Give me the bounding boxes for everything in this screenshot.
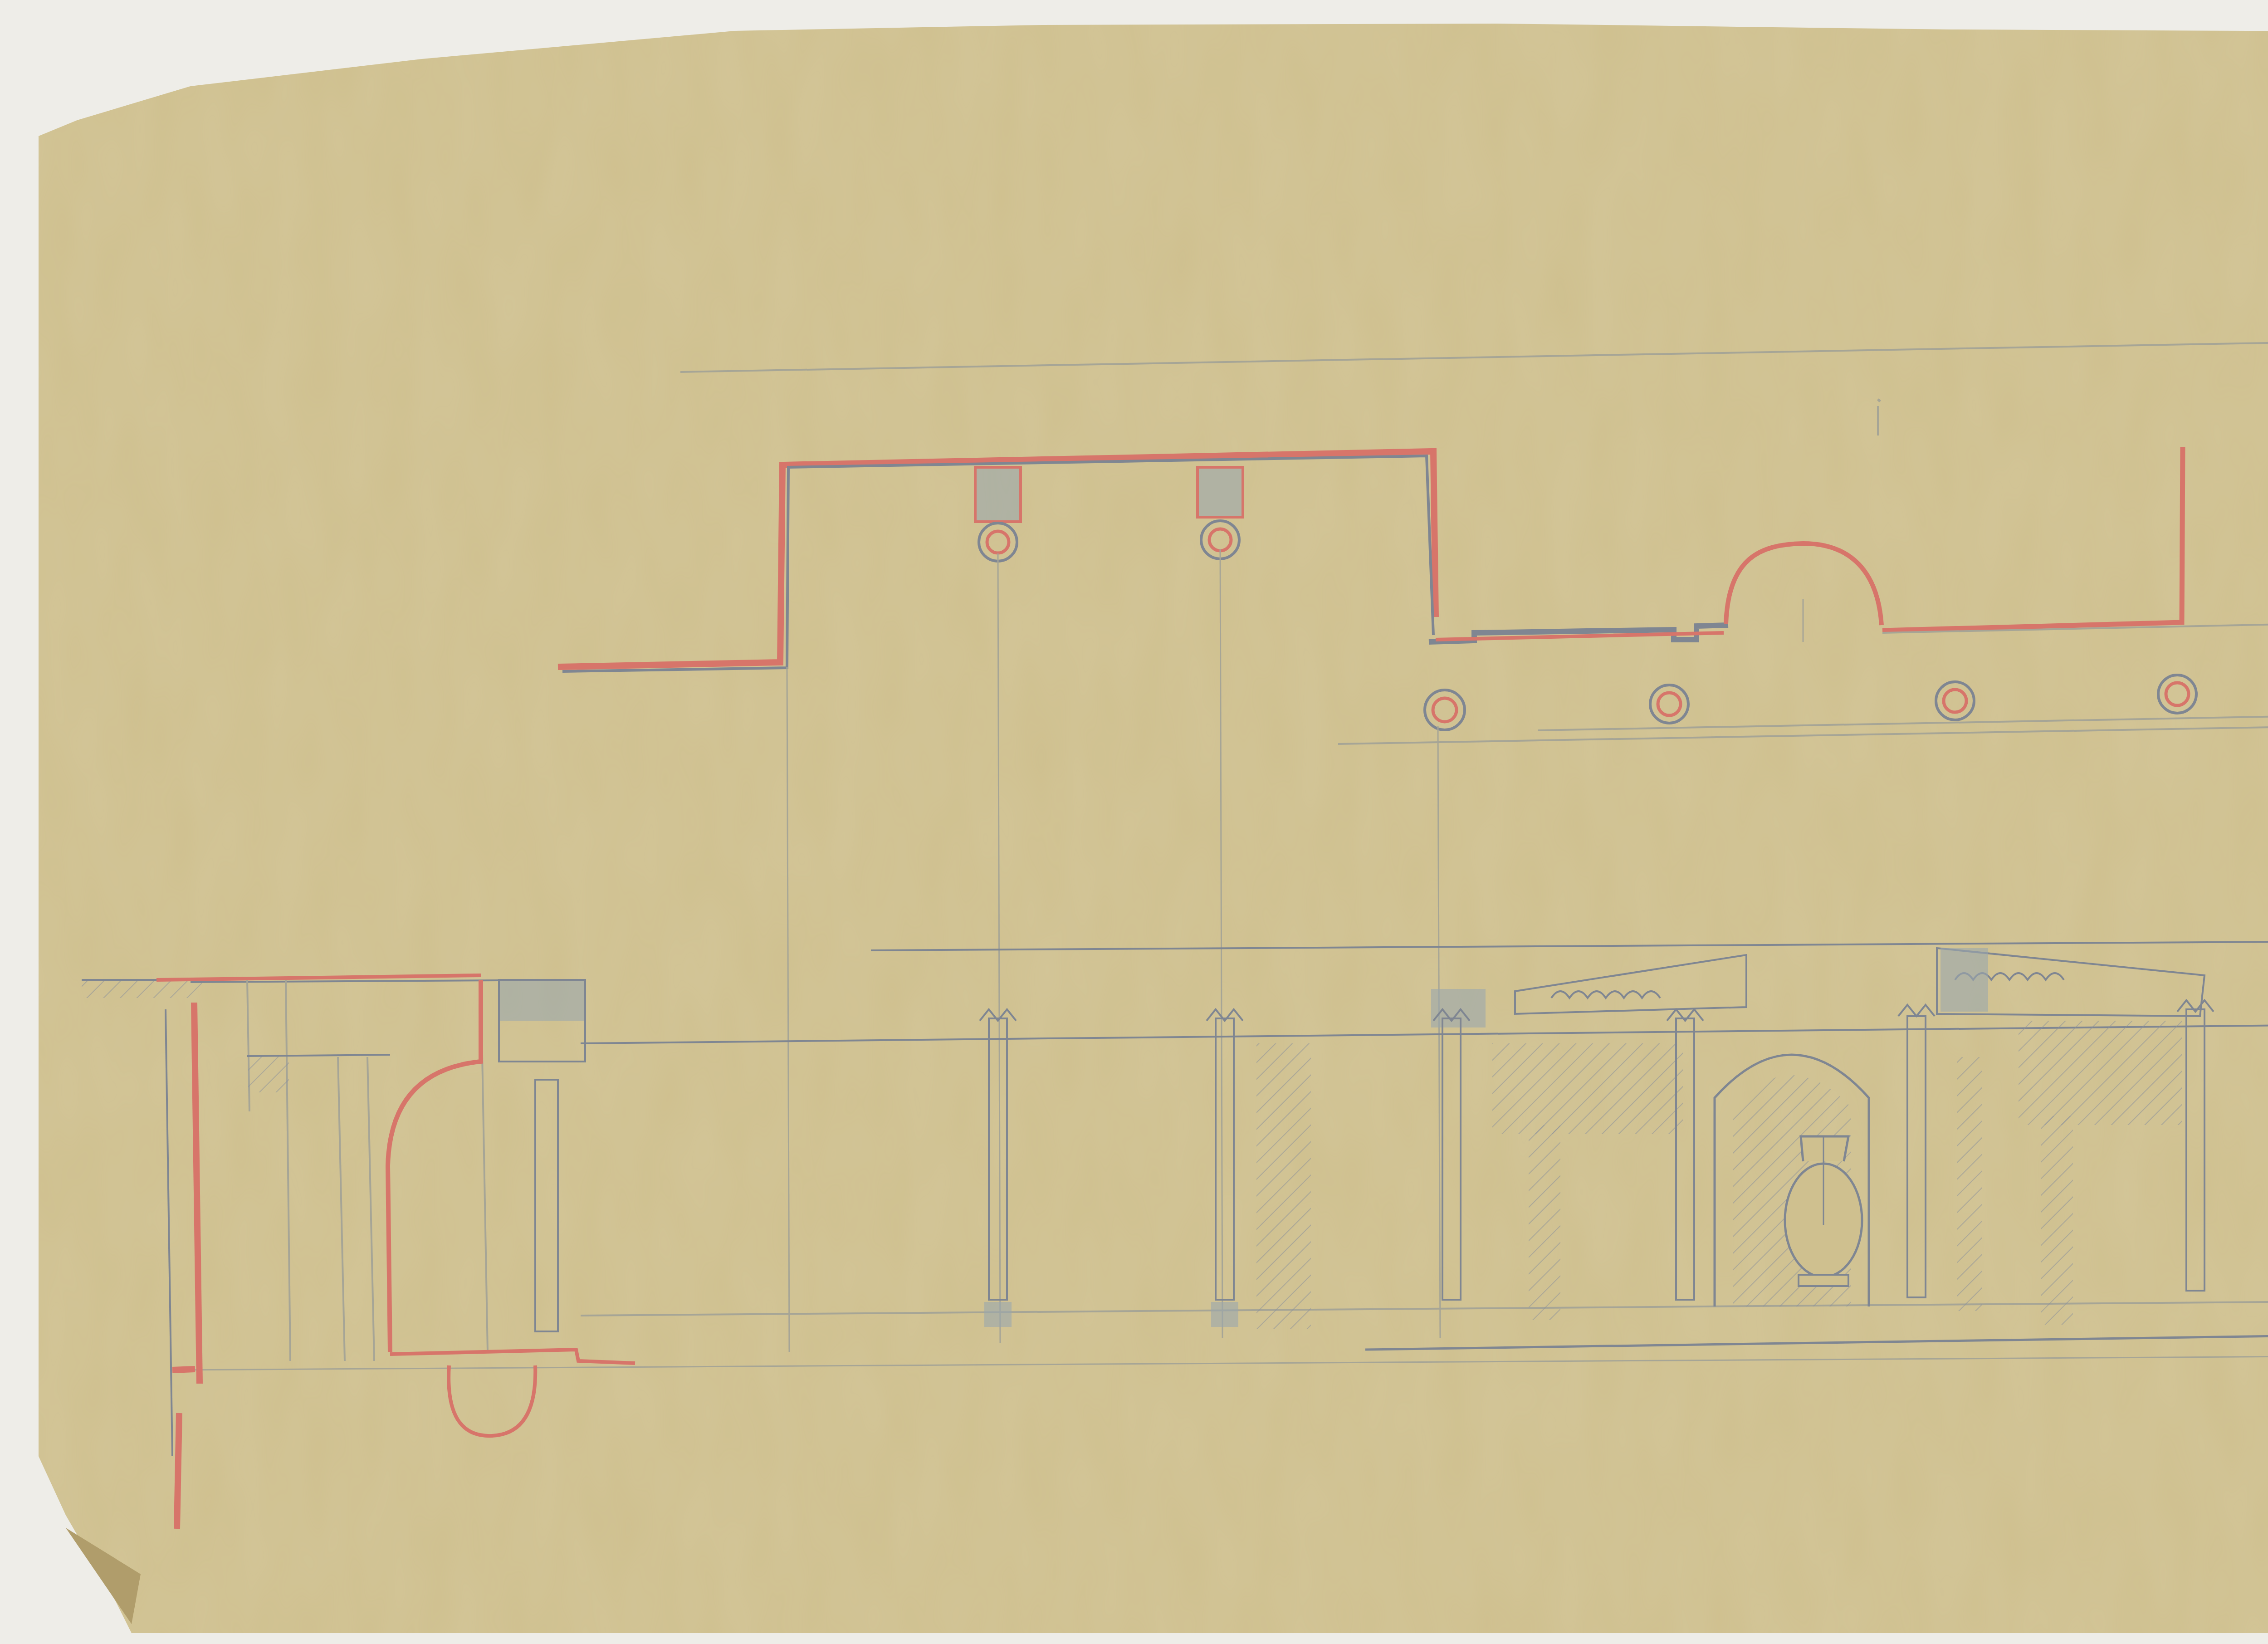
pier-2 [1198, 467, 1243, 517]
entablature-block-left [1431, 989, 1486, 1027]
entablature-block-right [1941, 948, 1988, 1012]
pier-1 [975, 467, 1021, 522]
tracing-paper [39, 24, 2268, 1633]
drawing-sheet: 48 96 DIRECTION GÉNÉRALE DE L'ARCHITECTU… [0, 0, 2268, 1644]
